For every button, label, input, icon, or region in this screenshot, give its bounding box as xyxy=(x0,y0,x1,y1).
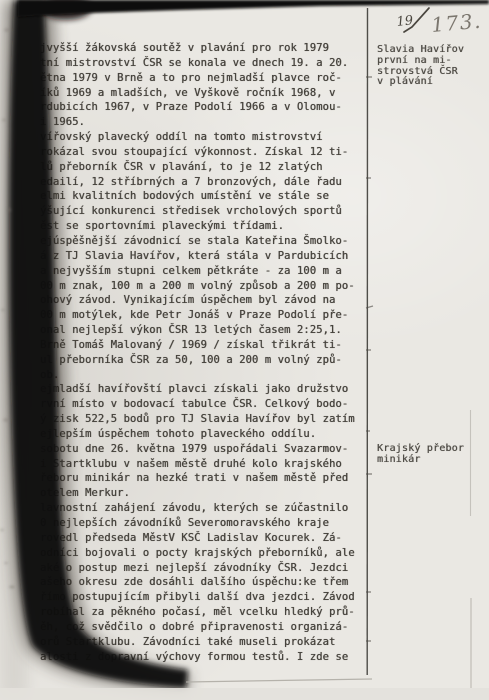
text-line: ejlepším úspěchem tohoto plaveckého oddí… xyxy=(40,427,375,442)
text-line: tní mistrovství ČSR se konala ve dnech 1… xyxy=(40,56,375,71)
top-edge-scan-bar xyxy=(18,0,489,17)
left-page-edge-shade xyxy=(0,0,28,700)
text-line: otelem Merkur. xyxy=(40,486,375,501)
text-line: ěst se sportovními plaveckými třídami. xyxy=(40,219,375,234)
text-line: ýšující konkurenci středisek vrcholových… xyxy=(40,204,375,219)
text-line: elmi kvalitních bodových umístění ve stá… xyxy=(40,189,375,204)
text-line: i Startklubu v našem městě druhé kolo kr… xyxy=(40,457,375,472)
margin-note-line: v plávání xyxy=(377,77,487,88)
text-line: vířovský plavecký oddíl na tomto mistrov… xyxy=(40,130,375,145)
text-line: rvní místo v bodovací tabulce ČSR. Celko… xyxy=(40,397,375,412)
text-line: aké o postup mezi nejlepší závodníky ČSR… xyxy=(40,561,375,576)
text-line: 00 m motýlek, kde Petr Jonáš v Praze Pod… xyxy=(40,308,375,323)
text-line: ob. xyxy=(40,368,375,383)
below-page-area xyxy=(0,688,489,700)
handwritten-crossed-number: 19 xyxy=(396,13,414,30)
text-line: robíhal za pěkného počasí, měl vcelku hl… xyxy=(40,605,375,620)
text-line: 0 nejlepších závodníků Severomoravského … xyxy=(40,516,375,531)
text-line: edailí, 12 stříbrných a 7 bronzových, dá… xyxy=(40,175,375,190)
text-line: á z TJ Slavia Havířov, která stála v Par… xyxy=(40,249,375,264)
text-line: ejúspěšnější závodnicí se stala Kateřina… xyxy=(40,234,375,249)
strikethrough-mark xyxy=(404,8,429,32)
text-line: odníci bojovali o pocty krajských přebor… xyxy=(40,546,375,561)
text-line: ejmladší havířovští plavci získali jako … xyxy=(40,382,375,397)
text-line: řeboru minikár na hezké trati v našem mě… xyxy=(40,471,375,486)
text-line: ul přeborníka ČSR za 50, 100 a 200 m vol… xyxy=(40,353,375,368)
text-line: onal nejlepší výkon ČSR 13 letých časem … xyxy=(40,323,375,338)
text-line: íků 1969 a mladších, ve Vyškově ročník 1… xyxy=(40,86,375,101)
page-bottom-edge xyxy=(186,679,372,682)
text-line: ašeho okresu zde dosáhli dalšího úspěchu… xyxy=(40,575,375,590)
text-line: jvyšší žákovská soutěž v plavání pro rok… xyxy=(40,41,375,56)
left-margin-specks xyxy=(0,28,15,589)
margin-note-swimming: Slavia Havířovprvní na mi-strovstvá ČSRv… xyxy=(377,45,487,88)
text-line: ětna 1979 v Brně a to pro nejmladší plav… xyxy=(40,71,375,86)
text-line: ěh, což svědčilo o dobré připravenosti o… xyxy=(40,620,375,635)
text-line: i 1965. xyxy=(40,115,375,130)
text-line: alosti z dopravní výchovy formou testů. … xyxy=(40,650,375,665)
margin-note-minicar: Krajský přeborminikár xyxy=(377,444,487,466)
text-line: sobotu dne 26. května 1979 uspořádali Sv… xyxy=(40,442,375,457)
text-line: Brně Tomáš Malovaný / 1969 / získal třik… xyxy=(40,338,375,353)
margin-note-line: minikár xyxy=(377,455,487,466)
handwritten-page-number: 173. xyxy=(430,9,482,37)
document-body-text: jvyšší žákovská soutěž v plavání pro rok… xyxy=(40,41,375,664)
text-line: lů přeborník ČSR v plavání, to je 12 zla… xyxy=(40,160,375,175)
text-line: rdubicích 1967, v Praze Podolí 1966 a v … xyxy=(40,100,375,115)
text-line: orů Startklubu. Závodníci také museli pr… xyxy=(40,635,375,650)
margin-note-line: první na mi- xyxy=(377,56,487,67)
text-line: rovedl předseda MěstV KSČ Ladislav Kocur… xyxy=(40,531,375,546)
text-line: 00 m znak, 100 m a 200 m volný způsob a … xyxy=(40,279,375,294)
scanned-document-page: jvyšší žákovská soutěž v plavání pro rok… xyxy=(0,0,489,700)
text-line: lavnostní zahájení závodu, kterých se zú… xyxy=(40,501,375,516)
text-line: římo postupujícím přibyli další dva jezd… xyxy=(40,590,375,605)
text-line: ohový závod. Vynikajícím úspěchem byl zá… xyxy=(40,293,375,308)
text-line: a nejvyšším stupni celkem pětkráte - za … xyxy=(40,264,375,279)
text-line: rokázal svou stoupající výkonnost. Získa… xyxy=(40,145,375,160)
scan-shadow-blob xyxy=(40,0,92,20)
text-line: ý zisk 522,5 bodů pro TJ Slavia Havířov … xyxy=(40,412,375,427)
